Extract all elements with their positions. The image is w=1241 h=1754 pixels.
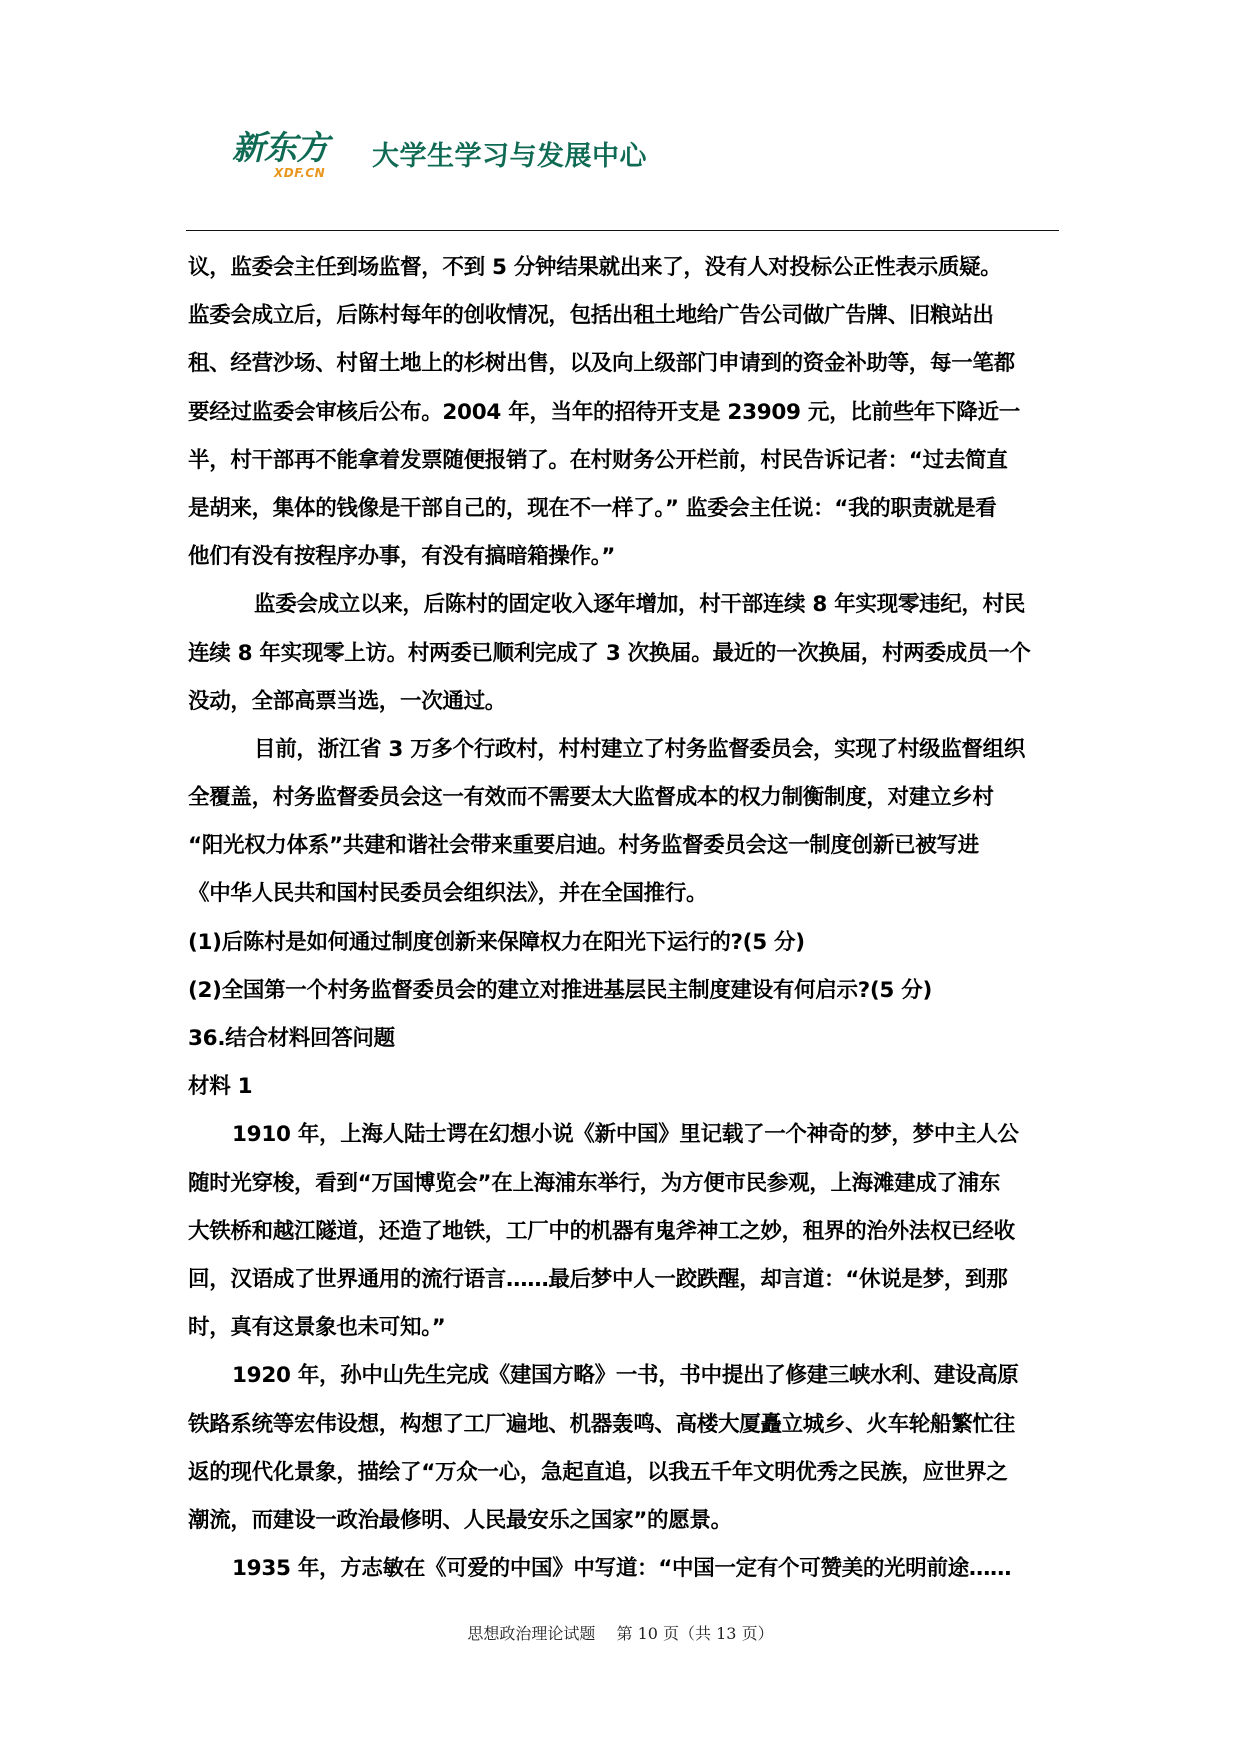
text-line: 潮流，而建设一政治最修明、人民最安乐之国家”的愿景。: [188, 1497, 1058, 1545]
page-footer: 思想政治理论试题 第 10 页（共 13 页）: [0, 1621, 1241, 1644]
page-header: 新东方 XDF.CN 大学生学习与发展中心: [232, 128, 647, 190]
text-line: 大铁桥和越江隧道，还造了地铁，工厂中的机器有鬼斧神工之妙，租界的治外法权已经收: [188, 1208, 1058, 1256]
logo-domain-text: XDF.CN: [274, 166, 325, 180]
logo-chinese-text: 新东方: [232, 128, 328, 168]
text-line: 议，监委会主任到场监督，不到 5 分钟结果就出来了，没有人对投标公正性表示质疑。: [188, 244, 1058, 292]
paragraph-start: 目前，浙江省 3 万多个行政村，村村建立了村务监督委员会，实现了村级监督组织: [188, 726, 1058, 774]
header-divider: [186, 230, 1059, 231]
text-line: 租、经营沙场、村留土地上的杉树出售，以及向上级部门申请到的资金补助等，每一笔都: [188, 340, 1058, 388]
text-line: “阳光权力体系”共建和谐社会带来重要启迪。村务监督委员会这一制度创新已被写进: [188, 822, 1058, 870]
text-line: 回，汉语成了世界通用的流行语言……最后梦中人一跤跌醒，却言道：“休说是梦，到那: [188, 1256, 1058, 1304]
paragraph-start: 监委会成立以来，后陈村的固定收入逐年增加，村干部连续 8 年实现零违纪，村民: [188, 581, 1058, 629]
question-1: (1)后陈村是如何通过制度创新来保障权力在阳光下运行的?(5 分): [188, 919, 1058, 967]
text-line: 监委会成立后，后陈村每年的创收情况，包括出租土地给广告公司做广告牌、旧粮站出: [188, 292, 1058, 340]
text-line: 要经过监委会审核后公布。2004 年，当年的招待开支是 23909 元，比前些年…: [188, 389, 1058, 437]
text-line: 连续 8 年实现零上访。村两委已顺利完成了 3 次换届。最近的一次换届，村两委成…: [188, 630, 1058, 678]
paragraph-start: 1910 年，上海人陆士谔在幻想小说《新中国》里记载了一个神奇的梦，梦中主人公: [188, 1111, 1058, 1159]
text-line: 《中华人民共和国村民委员会组织法》，并在全国推行。: [188, 870, 1058, 918]
text-line: 没动，全部高票当选，一次通过。: [188, 678, 1058, 726]
text-line: 返的现代化景象，描绘了“万众一心，急起直追，以我五千年文明优秀之民族，应世界之: [188, 1449, 1058, 1497]
text-line: 铁路系统等宏伟设想，构想了工厂遍地、机器轰鸣、高楼大厦矗立城乡、火车轮船繁忙往: [188, 1401, 1058, 1449]
text-line: 他们有没有按程序办事，有没有搞暗箱操作。”: [188, 533, 1058, 581]
material-1-label: 材料 1: [188, 1063, 1058, 1111]
xdf-logo: 新东方 XDF.CN: [232, 128, 350, 188]
document-body: 议，监委会主任到场监督，不到 5 分钟结果就出来了，没有人对投标公正性表示质疑。…: [188, 244, 1058, 1593]
header-title: 大学生学习与发展中心: [372, 140, 647, 174]
text-line: 全覆盖，村务监督委员会这一有效而不需要太大监督成本的权力制衡制度，对建立乡村: [188, 774, 1058, 822]
text-line: 是胡来，集体的钱像是干部自己的，现在不一样了。” 监委会主任说：“我的职责就是看: [188, 485, 1058, 533]
text-line: 时，真有这景象也未可知。”: [188, 1304, 1058, 1352]
text-line: 半，村干部再不能拿着发票随便报销了。在村财务公开栏前，村民告诉记者：“过去简直: [188, 437, 1058, 485]
text-line: 随时光穿梭，看到“万国博览会”在上海浦东举行，为方便市民参观，上海滩建成了浦东: [188, 1160, 1058, 1208]
paragraph-start: 1920 年，孙中山先生完成《建国方略》一书，书中提出了修建三峡水利、建设高原: [188, 1352, 1058, 1400]
paragraph-start: 1935 年，方志敏在《可爱的中国》中写道：“中国一定有个可赞美的光明前途……: [188, 1545, 1058, 1593]
question-2: (2)全国第一个村务监督委员会的建立对推进基层民主制度建设有何启示?(5 分): [188, 967, 1058, 1015]
question-36-heading: 36.结合材料回答问题: [188, 1015, 1058, 1063]
